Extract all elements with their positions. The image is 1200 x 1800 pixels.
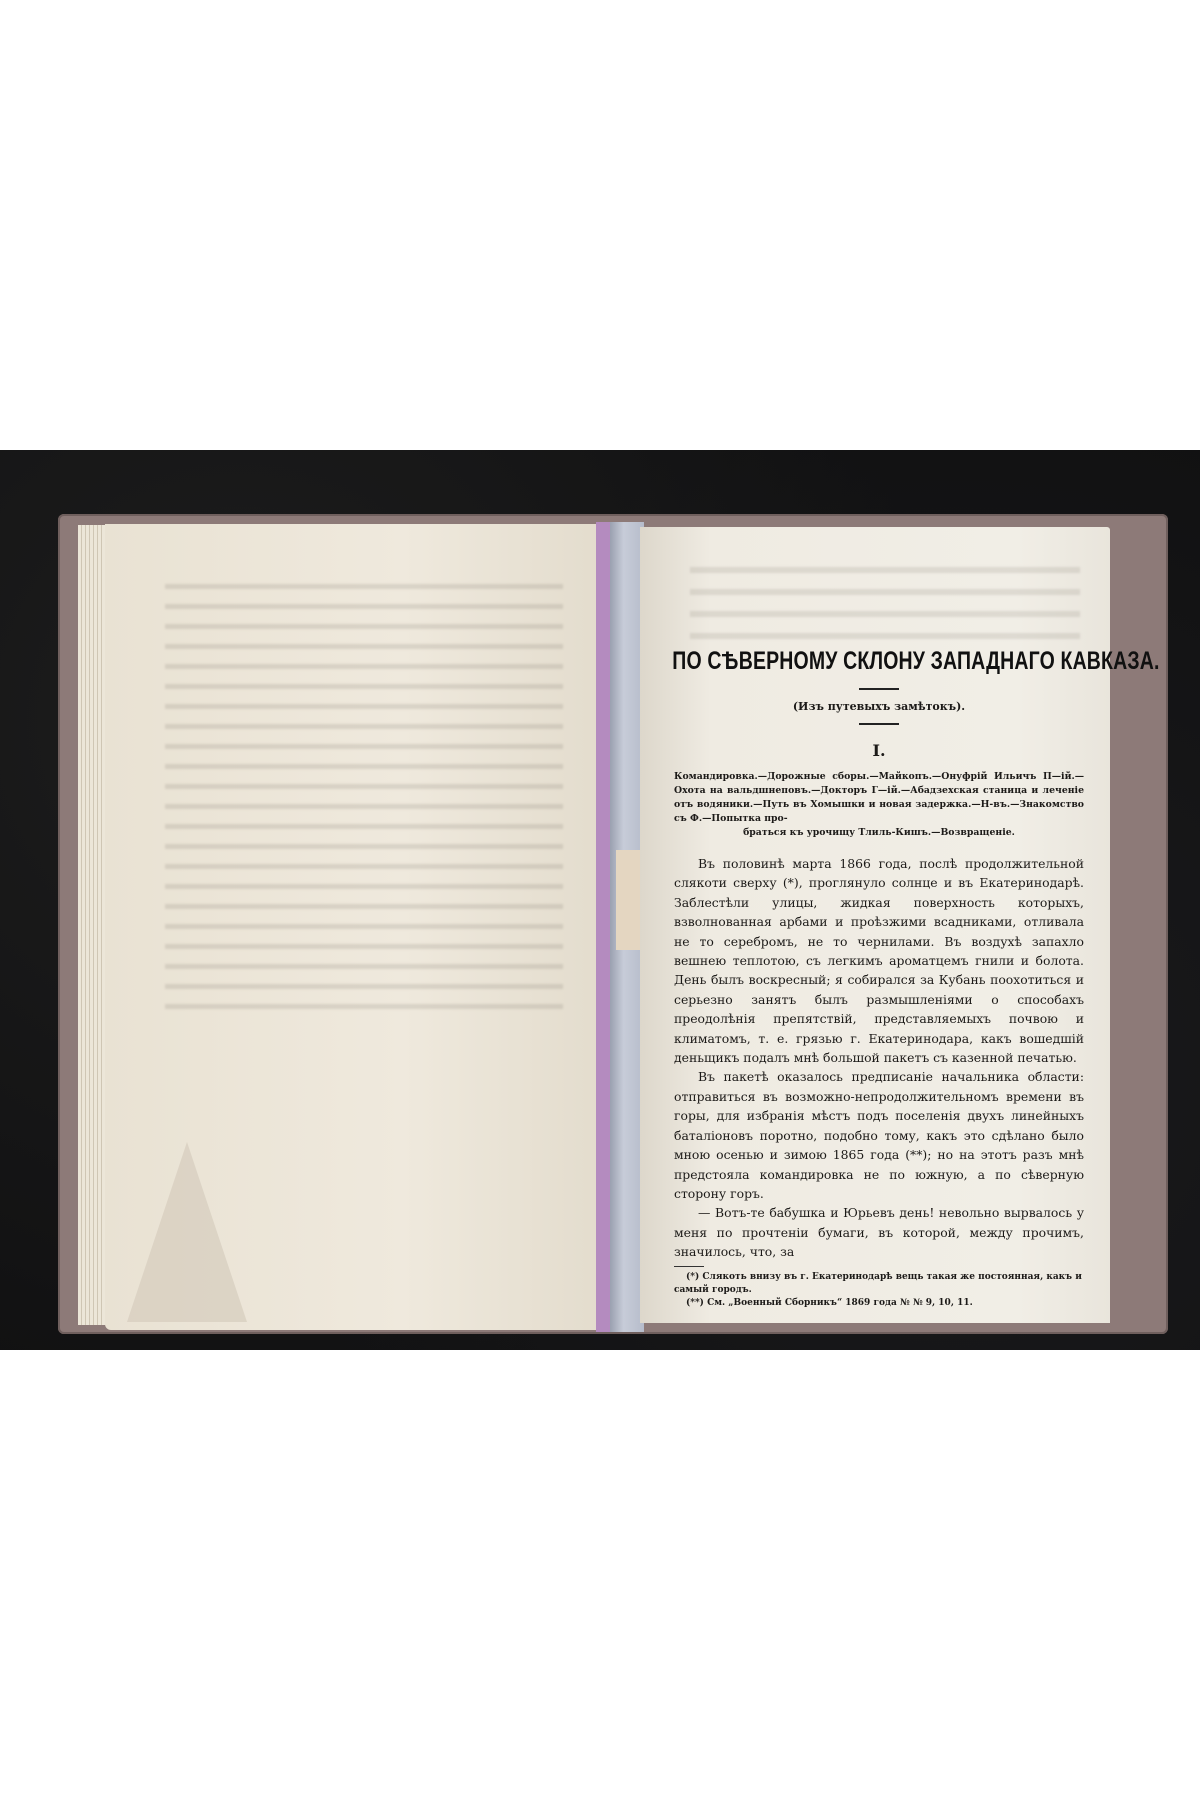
bleed-through-line — [690, 611, 1080, 617]
paragraph: Въ половинѣ марта 1866 года, послѣ продо… — [674, 854, 1084, 1067]
chapter-summary: Командировка.—Дорожные сборы.—Майкопъ.—О… — [674, 770, 1084, 840]
bleed-through-line — [690, 567, 1080, 573]
page-content: ПО СѢВЕРНОМУ СКЛОНУ ЗАПАДНАГО КАВКАЗА. (… — [674, 647, 1084, 1310]
footnote-rule — [674, 1266, 704, 1267]
summary-text-end: браться къ урочищу Тлиль-Кишъ.—Возвращен… — [674, 826, 1084, 840]
page-edges — [78, 525, 108, 1325]
bleed-through-line — [690, 589, 1080, 595]
footnotes: (*) Слякоть внизу въ г. Екатеринодарѣ ве… — [674, 1271, 1084, 1310]
left-page — [105, 524, 603, 1330]
bleed-through-line — [690, 633, 1080, 639]
bleed-through-text — [165, 584, 563, 1024]
page-fold — [127, 1142, 247, 1322]
footnote: (**) См. „Военный Сборникъ“ 1869 года № … — [674, 1297, 1084, 1310]
bookmark-ribbon — [596, 522, 610, 1332]
paragraph: — Вотъ-те бабушка и Юрьевъ день! невольн… — [674, 1203, 1084, 1261]
subtitle-rule — [859, 723, 899, 725]
article-subtitle: (Изъ путевыхъ замѣтокъ). — [674, 700, 1084, 713]
right-page: ПО СѢВЕРНОМУ СКЛОНУ ЗАПАДНАГО КАВКАЗА. (… — [640, 527, 1110, 1323]
book-photo: ПО СѢВЕРНОМУ СКЛОНУ ЗАПАДНАГО КАВКАЗА. (… — [0, 450, 1200, 1350]
footnote: (*) Слякоть внизу въ г. Екатеринодарѣ ве… — [674, 1271, 1084, 1297]
chapter-number: I. — [674, 741, 1084, 760]
paragraph: Въ пакетѣ оказалось предписаніе начальни… — [674, 1067, 1084, 1203]
summary-text: Командировка.—Дорожные сборы.—Майкопъ.—О… — [674, 771, 1084, 824]
title-rule — [859, 688, 899, 690]
body-text: Въ половинѣ марта 1866 года, послѣ продо… — [674, 854, 1084, 1262]
spine-paper-strip — [616, 850, 640, 950]
article-title: ПО СѢВЕРНОМУ СКЛОНУ ЗАПАДНАГО КАВКАЗА. — [672, 647, 1085, 676]
